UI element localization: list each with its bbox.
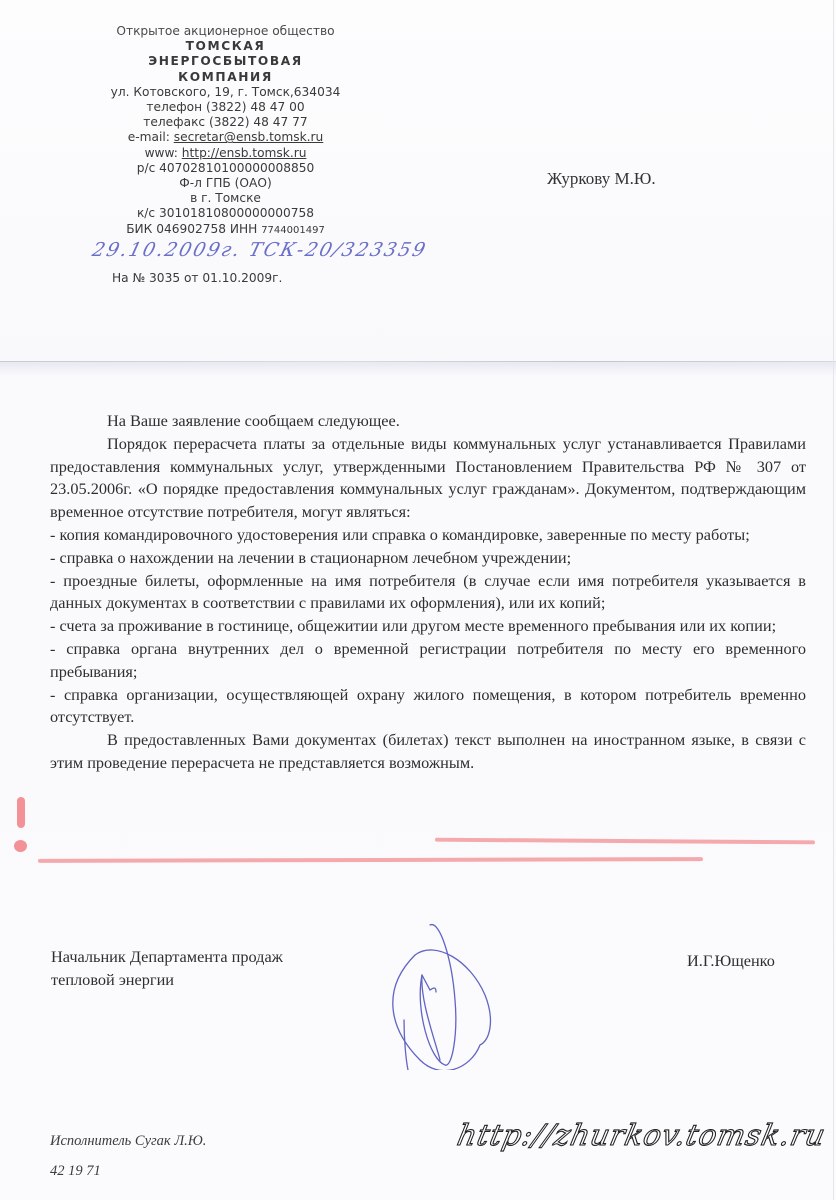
executor-name: Исполнитель Сугак Л.Ю. xyxy=(50,1126,206,1156)
bank-city: в г. Томске xyxy=(88,191,363,206)
org-phone: телефон (3822) 48 47 00 xyxy=(88,100,363,115)
signatory-title: Начальник Департамента продаж тепловой э… xyxy=(51,946,283,992)
exclamation-mark-icon xyxy=(17,797,25,828)
org-www-line: www: http://ensb.tomsk.ru xyxy=(88,146,363,161)
email-link[interactable]: secretar@ensb.tomsk.ru xyxy=(174,130,324,144)
list-item: - справка о нахождении на лечении в стац… xyxy=(50,547,806,570)
list-item: - справка организации, осуществляющей ох… xyxy=(50,684,806,730)
rules-paragraph: Порядок перерасчета платы за отдельные в… xyxy=(50,433,806,524)
org-name-line-1: ТОМСКАЯ xyxy=(88,39,363,54)
addressee: Журкову М.Ю. xyxy=(547,169,656,189)
org-email-line: e-mail: secretar@ensb.tomsk.ru xyxy=(88,130,363,145)
www-label: www: xyxy=(145,146,182,160)
bik-label: БИК 046902758 ИНН xyxy=(126,222,261,236)
org-name-line-2: ЭНЕРГОСБЫТОВАЯ xyxy=(88,54,363,69)
executor-block: Исполнитель Сугак Л.Ю. 42 19 71 xyxy=(50,1126,206,1186)
watermark-url: http://zhurkov.tomsk.ru xyxy=(454,1118,829,1152)
paper-fold-shadow xyxy=(0,362,836,376)
letterhead: Открытое акционерное общество ТОМСКАЯ ЭН… xyxy=(88,24,363,238)
signatory-name: И.Г.Ющенко xyxy=(687,951,775,971)
paper-edge xyxy=(833,0,834,1200)
signatory-title-line-2: тепловой энергии xyxy=(51,969,283,992)
bank-name: Ф-л ГПБ (ОАО) xyxy=(88,176,363,191)
org-name-line-3: КОМПАНИЯ xyxy=(88,70,363,85)
conclusion-paragraph: В предоставленных Вами документах (билет… xyxy=(50,729,806,775)
org-fax: телефакс (3822) 48 47 77 xyxy=(88,115,363,130)
website-link[interactable]: http://ensb.tomsk.ru xyxy=(182,146,307,160)
list-item: - проездные билеты, оформленные на имя п… xyxy=(50,570,806,616)
handwritten-signature-icon xyxy=(360,920,520,1070)
handwritten-number: 323359 xyxy=(339,239,429,261)
list-item: - счета за проживание в гостинице, общеж… xyxy=(50,615,806,638)
exclamation-dot-icon xyxy=(14,840,27,852)
org-type: Открытое акционерное общество xyxy=(88,24,363,39)
executor-phone: 42 19 71 xyxy=(50,1156,206,1186)
bank-account: р/с 40702810100000008850 xyxy=(88,161,363,176)
handwritten-outgoing-ref: 29.10.2009г. ТСК-20/323359 xyxy=(89,239,536,267)
list-item: - копия командировочного удостоверения и… xyxy=(50,524,806,547)
corr-account: к/с 30101810800000000758 xyxy=(88,206,363,221)
signatory-title-line-1: Начальник Департамента продаж xyxy=(51,946,283,969)
letter-body: На Ваше заявление сообщаем следующее. По… xyxy=(50,410,806,775)
org-address: ул. Котовского, 19, г. Томск,634034 xyxy=(88,85,363,100)
intro-paragraph: На Ваше заявление сообщаем следующее. xyxy=(50,410,806,433)
incoming-reference: На № 3035 от 01.10.2009г. xyxy=(112,271,282,285)
email-label: e-mail: xyxy=(128,130,174,144)
list-item: - справка органа внутренних дел о времен… xyxy=(50,638,806,684)
inn-value: 7744001497 xyxy=(261,225,325,236)
handwritten-number-prefix: ТСК-20 xyxy=(246,239,336,261)
handwritten-date: 29.10.2009г. xyxy=(90,239,244,261)
bik-inn-line: БИК 046902758 ИНН 7744001497 xyxy=(88,222,363,238)
